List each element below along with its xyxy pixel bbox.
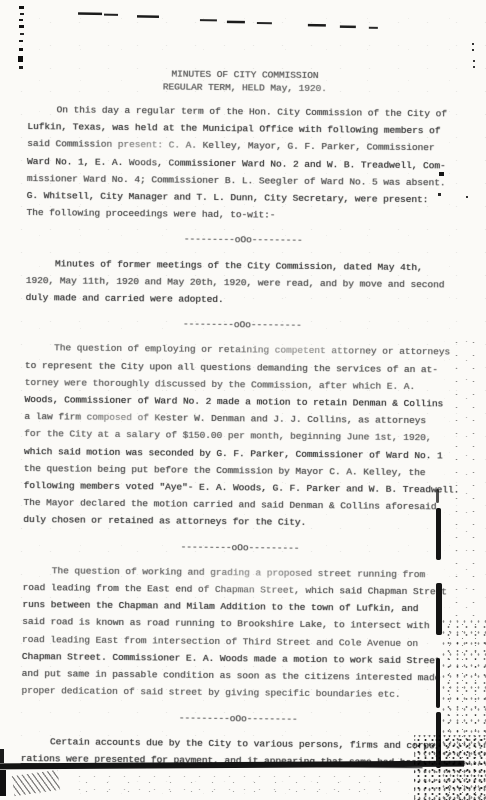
scanned-minutes-page: MINUTES OF CITY COMMISSION REGULAR TERM,… bbox=[0, 0, 486, 800]
section-separator: ---------oOo--------- bbox=[23, 537, 457, 559]
bottom-strip-speckle bbox=[70, 774, 390, 798]
section-separator: ---------oOo--------- bbox=[21, 707, 455, 729]
stray-ink-mark bbox=[466, 196, 468, 198]
text-line: proper dedication of said street by givi… bbox=[21, 682, 455, 704]
text-line-underlined: rations were presented for payment, and … bbox=[21, 750, 455, 772]
section-separator: ---------oOo--------- bbox=[26, 229, 460, 251]
text-line: The following proceedings were had, to-w… bbox=[26, 204, 460, 226]
right-top-dot-marks bbox=[470, 42, 478, 72]
typed-text-block: MINUTES OF CITY COMMISSION REGULAR TERM,… bbox=[21, 66, 462, 772]
bottom-left-edge-mark bbox=[0, 749, 4, 763]
section-separator: ---------oOo--------- bbox=[25, 314, 459, 336]
top-edge-smudge-marks bbox=[0, 0, 486, 38]
bottom-left-edge-mark bbox=[0, 770, 6, 796]
left-edge-tick-marks bbox=[17, 4, 27, 74]
bottom-left-hatch-squiggle bbox=[12, 770, 60, 796]
